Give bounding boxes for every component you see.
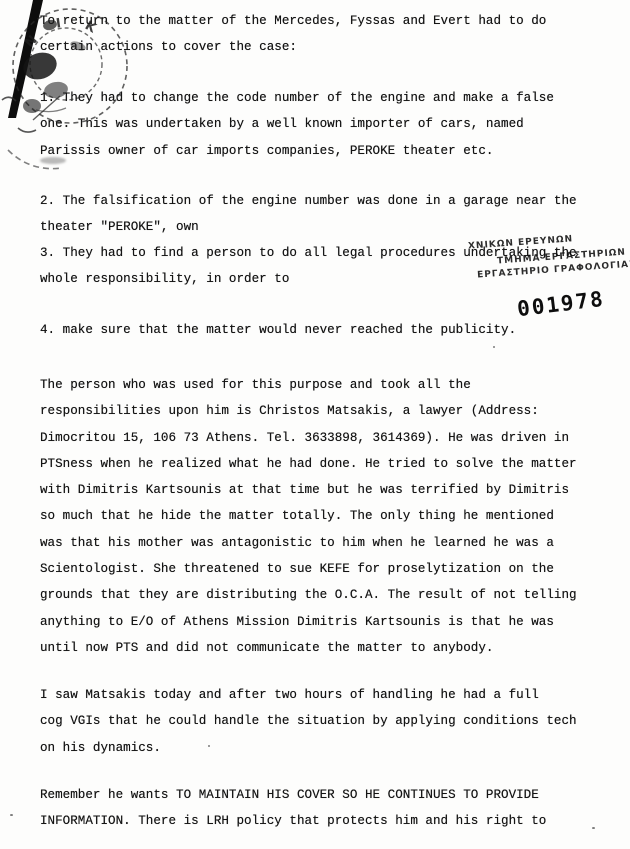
paragraph-item-2: 2. The falsification of the engine numbe… xyxy=(40,188,577,241)
ink-smudge xyxy=(40,157,66,164)
paragraph-intro: To return to the matter of the Mercedes,… xyxy=(40,8,546,61)
paragraph-cover-policy: Remember he wants TO MAINTAIN HIS COVER … xyxy=(40,782,546,835)
pen-mark xyxy=(18,128,36,132)
pen-mark xyxy=(2,97,16,101)
scan-speck xyxy=(592,827,595,829)
scan-speck xyxy=(10,814,13,816)
paragraph-matsakis: The person who was used for this purpose… xyxy=(40,372,577,661)
scanned-document-page: To return to the matter of the Mercedes,… xyxy=(0,0,630,849)
scan-speck xyxy=(493,346,495,348)
paragraph-handling: I saw Matsakis today and after two hours… xyxy=(40,682,577,761)
paragraph-item-1: 1. They had to change the code number of… xyxy=(40,85,554,164)
scan-speck xyxy=(208,745,210,747)
paragraph-item-4: 4. make sure that the matter would never… xyxy=(40,317,516,343)
corner-fold-mark xyxy=(8,0,43,118)
